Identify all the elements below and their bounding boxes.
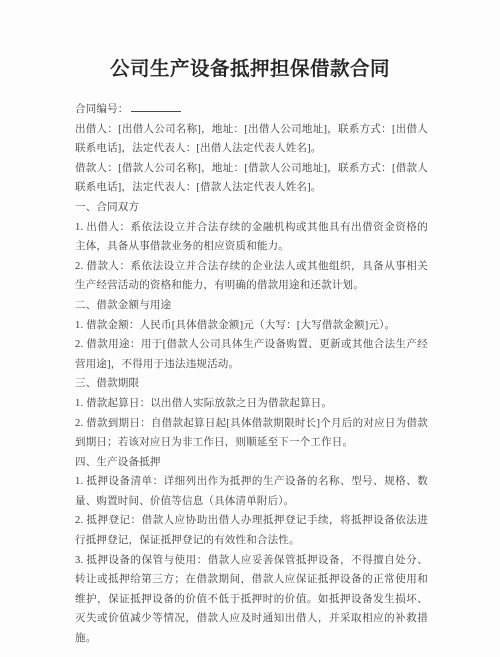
clause-parties-2: 2. 借款人：系依法设立并合法存续的企业法人或其他组织，具备从事相关生产经营活动… [75,257,428,296]
heading-amount: 二、借款金额与用途 [75,296,428,316]
heading-mortgage: 四、生产设备抵押 [75,453,428,473]
document-body: 合同编号： 出借人：[出借人公司名称]，地址：[出借人公司地址]，联系方式：[出… [0,100,500,649]
clause-mortgage-1: 1. 抵押设备清单：详细列出作为抵押的生产设备的名称、型号、规格、数量、购置时间… [75,472,428,511]
clause-term-2: 2. 借款到期日：自借款起算日起[具体借款期限时长]个月后的对应日为借款到期日；… [75,414,428,453]
clause-amount-2: 2. 借款用途：用于[借款人公司具体生产设备购置、更新或其他合法生产经营用途]，… [75,335,428,374]
clause-mortgage-3: 3. 抵押设备的保管与使用：借款人应妥善保管抵押设备，不得擅自处分、转让或抵押给… [75,551,428,649]
clause-amount-1: 1. 借款金额：人民币[具体借款金额]元（大写：[大写借款金额]元）。 [75,316,428,336]
document-title: 公司生产设备抵押担保借款合同 [0,56,500,84]
contract-number-blank [131,100,181,112]
heading-term: 三、借款期限 [75,374,428,394]
clause-mortgage-2: 2. 抵押登记：借款人应协助出借人办理抵押登记手续，将抵押设备依法进行抵押登记，… [75,511,428,550]
clause-term-1: 1. 借款起算日：以出借人实际放款之日为借款起算日。 [75,394,428,414]
paragraph-borrower: 借款人：[借款人公司名称]，地址：[借款人公司地址]，联系方式：[借款人联系电话… [75,159,428,198]
paragraph-lender: 出借人：[出借人公司名称]，地址：[出借人公司地址]，联系方式：[出借人联系电话… [75,120,428,159]
contract-document: 公司生产设备抵押担保借款合同 合同编号： 出借人：[出借人公司名称]，地址：[出… [0,0,500,657]
contract-number-label: 合同编号： [75,104,129,115]
clause-parties-1: 1. 出借人：系依法设立并合法存续的金融机构或其他具有出借资金资格的主体，具备从… [75,218,428,257]
heading-parties: 一、合同双方 [75,198,428,218]
contract-number-line: 合同编号： [75,100,428,120]
